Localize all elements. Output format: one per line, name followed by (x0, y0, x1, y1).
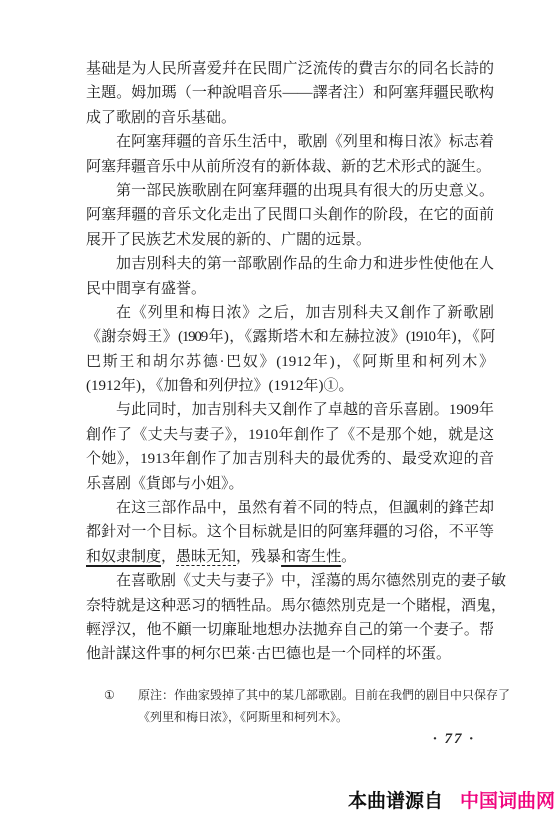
footnote-line: 《列里和梅日浓》，《阿斯里和柯列木》。 (138, 706, 510, 728)
paragraph-8: 在喜歌剧《丈夫与妻子》中，淫蕩的馬尔德然別克的妻子敏 奈特就是这种恶习的牺牲品。… (86, 569, 494, 667)
paragraph-1: 基础是为人民所喜爱幷在民間广泛流传的費吉尔的同名长詩的 主題。姆加瑪（一种說唱音… (86, 57, 494, 130)
plain-text: ， (161, 549, 176, 565)
page-number: · 77 · (428, 731, 480, 748)
text-line: 乐喜剧《貨郎与小姐》。 (86, 472, 494, 496)
text-line-emphasis: 和奴隶制度，愚昧无知，残暴和寄生性。 (86, 545, 494, 569)
body-text: 基础是为人民所喜爱幷在民間广泛流传的費吉尔的同名长詩的 主題。姆加瑪（一种說唱音… (86, 57, 494, 667)
text-line: 他計謀这件事的柯尔巴萊·古巴德也是一个同样的坏蛋。 (86, 642, 494, 666)
text-line: 在《列里和梅日浓》之后，加吉別科夫又創作了新歌剧 (86, 301, 494, 325)
text-line: 基础是为人民所喜爱幷在民間广泛流传的費吉尔的同名长詩的 (86, 57, 494, 81)
paragraph-4: 加吉別科夫的第一部歌剧作品的生命力和进步性使他在人 民中間享有盛誉。 (86, 252, 494, 301)
text-line: 成了歌剧的音乐基础。 (86, 106, 494, 130)
book-page: 基础是为人民所喜爱幷在民間广泛流传的費吉尔的同名长詩的 主題。姆加瑪（一种說唱音… (0, 0, 555, 815)
watermark-site-name: 中国词曲网 (460, 786, 555, 813)
watermark-caption: 本曲谱源自 中国词曲网 (348, 786, 555, 813)
text-line: 阿塞拜疆的音乐文化走出了民間口头創作的阶段，在它的面前 (86, 203, 494, 227)
text-line: 輕浮汉，他不顧一切廉耻地想办法拋弃自己的第一个妻子。帮 (86, 618, 494, 642)
text-line: 《謝奈姆王》(1909年)，《露斯塔木和左赫拉波》(1910年)，《阿 (86, 325, 494, 349)
text-line: 在阿塞拜疆的音乐生活中，歌剧《列里和梅日浓》标志着 (86, 130, 494, 154)
plain-text: ，残暴 (236, 549, 281, 565)
watermark-source-label: 本曲谱源自 (348, 786, 443, 813)
text-line: 主題。姆加瑪（一种說唱音乐——譯者注）和阿塞拜疆民歌构 (86, 81, 494, 105)
text-line: 加吉別科夫的第一部歌剧作品的生命力和进步性使他在人 (86, 252, 494, 276)
text-line: 展开了民族艺术发展的新的、广闊的远景。 (86, 228, 494, 252)
paragraph-7: 在这三部作品中，虽然有着不同的特点，但諷刺的鋒芒却 都針对一个目标。这个目标就是… (86, 496, 494, 569)
text-line: 阿塞拜疆音乐中从前所沒有的新体裁、新的艺术形式的誕生。 (86, 155, 494, 179)
footnote-text: 原注：作曲家毁掉了其中的某几部歌剧。目前在我們的剧目中只保存了 《列里和梅日浓》… (138, 684, 510, 728)
text-line: 都針对一个目标。这个目标就是旧的阿塞拜疆的习俗，不平等 (86, 520, 494, 544)
underlined-text: 和寄生性 (281, 549, 341, 565)
footnote: ① 原注：作曲家毁掉了其中的某几部歌剧。目前在我們的剧目中只保存了 《列里和梅日… (104, 684, 496, 728)
text-line: 第一部民族歌剧在阿塞拜疆的出現具有很大的历史意义。 (86, 179, 494, 203)
underlined-text: 和奴隶制度 (86, 549, 161, 565)
text-line: 巴斯王和胡尔苏德·巴奴》(1912年)，《阿斯里和柯列木》 (86, 350, 494, 374)
plain-text: 。 (341, 549, 356, 565)
text-line: 創作了《丈夫与妻子》，1910年創作了《不是那个她，就是这 (86, 423, 494, 447)
footnote-line: 原注：作曲家毁掉了其中的某几部歌剧。目前在我們的剧目中只保存了 (138, 684, 510, 706)
paragraph-6: 与此同时，加吉別科夫又創作了卓越的音乐喜剧。1909年 創作了《丈夫与妻子》，1… (86, 398, 494, 496)
paragraph-3: 第一部民族歌剧在阿塞拜疆的出現具有很大的历史意义。 阿塞拜疆的音乐文化走出了民間… (86, 179, 494, 252)
text-line: 民中間享有盛誉。 (86, 277, 494, 301)
dashed-underlined-text: 愚昧无知 (176, 549, 236, 565)
text-line: 奈特就是这种恶习的牺牲品。馬尔德然別克是一个賭棍，酒鬼， (86, 594, 494, 618)
text-line: 与此同时，加吉別科夫又創作了卓越的音乐喜剧。1909年 (86, 398, 494, 422)
text-line: 在喜歌剧《丈夫与妻子》中，淫蕩的馬尔德然別克的妻子敏 (86, 569, 494, 593)
text-line: 个她》，1913年創作了加吉別科夫的最优秀的、最受欢迎的音 (86, 447, 494, 471)
paragraph-2: 在阿塞拜疆的音乐生活中，歌剧《列里和梅日浓》标志着 阿塞拜疆音乐中从前所沒有的新… (86, 130, 494, 179)
text-line: (1912年)，《加鲁和列伊拉》(1912年)①。 (86, 374, 494, 398)
text-line: 在这三部作品中，虽然有着不同的特点，但諷刺的鋒芒却 (86, 496, 494, 520)
paragraph-5: 在《列里和梅日浓》之后，加吉別科夫又創作了新歌剧 《謝奈姆王》(1909年)，《… (86, 301, 494, 399)
footnote-marker: ① (104, 684, 138, 728)
